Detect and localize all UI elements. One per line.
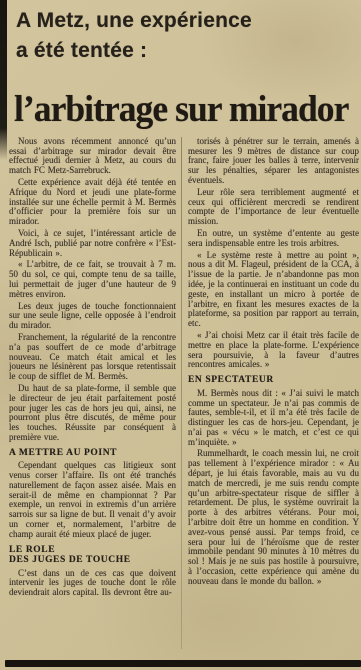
article-paragraph: « L’arbitre, de ce fait, se trouvait à 7… xyxy=(9,260,176,299)
article-paragraph: torisés à pénétrer sur le terrain, amené… xyxy=(188,137,359,186)
article-paragraph: Rummelhardt, le coach messin lui, ne cro… xyxy=(188,449,359,586)
article-paragraph: M. Bermès nous dit : « J’ai suivi le mat… xyxy=(188,389,359,448)
article-paragraph: Cependant quelques cas litigieux sont ve… xyxy=(9,461,176,539)
article-paragraph: Leur rôle sera terriblement augmenté et … xyxy=(188,188,359,227)
article-paragraph: « Le système reste à mettre au point », … xyxy=(188,251,359,329)
article-paragraph: C’est dans un de ces cas que doivent int… xyxy=(9,569,176,598)
article-paragraph: Voici, à ce sujet, l’intéressant article… xyxy=(9,229,176,258)
section-subheading: LE ROLE DES JUGES DE TOUCHE xyxy=(9,545,176,566)
article-paragraph: Du haut de sa plate-forme, il semble que… xyxy=(9,384,176,443)
right-column: torisés à pénétrer sur le terrain, amené… xyxy=(182,137,359,649)
kicker-line-1: A Metz, une expérience xyxy=(16,6,355,36)
article-paragraph: « J’ai choisi Metz car il était très fac… xyxy=(188,331,359,370)
bottom-rule xyxy=(5,660,361,667)
article-paragraph: En outre, un système d’entente au geste … xyxy=(188,229,359,249)
article-columns: Nous avons récemment annoncé qu’un essai… xyxy=(9,137,359,649)
newspaper-clipping: A Metz, une expérience a été tentée : l’… xyxy=(0,0,361,670)
left-column: Nous avons récemment annoncé qu’un essai… xyxy=(9,137,181,649)
article-paragraph: Nous avons récemment annoncé qu’un essai… xyxy=(9,137,176,176)
scan-edge-bar xyxy=(0,0,7,160)
kicker-line-2: a été tentée : xyxy=(16,36,355,66)
headline: l’arbitrage sur mirador xyxy=(14,91,341,128)
article-paragraph: Franchement, la régularité de la rencont… xyxy=(9,333,176,382)
article-header: A Metz, une expérience a été tentée : l’… xyxy=(0,0,361,128)
article-paragraph: Les deux juges de touche fonctionnaient … xyxy=(9,302,176,331)
article-paragraph: Cette expérience avait déjà été tentée e… xyxy=(9,178,176,227)
section-subheading: EN SPECTATEUR xyxy=(188,375,359,386)
section-subheading: A METTRE AU POINT xyxy=(9,448,176,459)
